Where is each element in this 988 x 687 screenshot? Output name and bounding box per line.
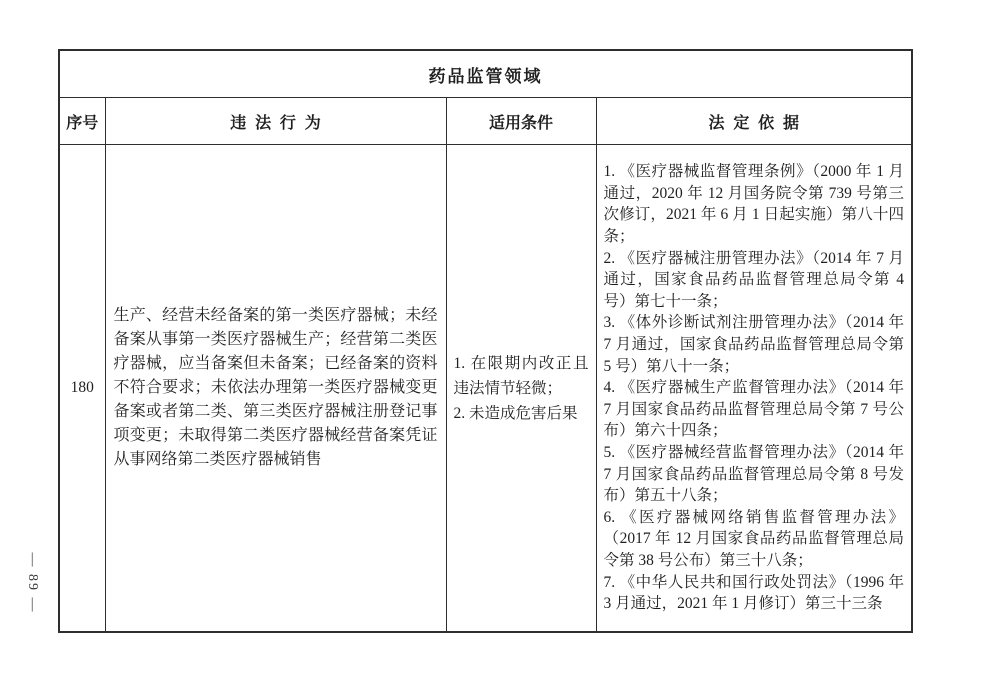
- legal-basis-cell: 1. 《医疗器械监督管理条例》（2000 年 1 月通过，2020 年 12 月…: [596, 145, 912, 633]
- text-line: 6. 《医疗器械网络销售监督管理办法》（2017 年 12 月国家食品药品监督管…: [604, 507, 905, 572]
- column-header-serial: 序号: [59, 98, 105, 145]
- regulation-table: 药品监管领域 序号 违法行为 适用条件 法定依据 180 生产、经营未经备案的第…: [58, 49, 913, 633]
- column-header-conditions: 适用条件: [446, 98, 596, 145]
- table-title: 药品监管领域: [59, 50, 912, 98]
- document-page: { "page": { "page_number": "— 89 —" }, "…: [0, 0, 988, 687]
- text-line: 5. 《医疗器械经营监督管理办法》（2014 年 7 月国家食品药品监督管理总局…: [604, 442, 905, 507]
- text-line: 2. 未造成危害后果: [454, 401, 589, 426]
- table-row: 180 生产、经营未经备案的第一类医疗器械；未经备案从事第一类医疗器械生产；经营…: [59, 145, 912, 633]
- text-line: 1. 在限期内改正且违法情节轻微；: [454, 351, 589, 401]
- text-line: 4. 《医疗器械生产监督管理办法》（2014 年 7 月国家食品药品监督管理总局…: [604, 377, 905, 442]
- column-header-violation: 违法行为: [105, 98, 446, 145]
- serial-number-cell: 180: [59, 145, 105, 633]
- violation-cell: 生产、经营未经备案的第一类医疗器械；未经备案从事第一类医疗器械生产；经营第二类医…: [105, 145, 446, 633]
- text-line: 3. 《体外诊断试剂注册管理办法》（2014 年 7 月通过，国家食品药品监督管…: [604, 312, 905, 377]
- text-line: 2. 《医疗器械注册管理办法》（2014 年 7 月通过，国家食品药品监督管理总…: [604, 248, 905, 313]
- column-header-legal-basis: 法定依据: [596, 98, 912, 145]
- text-line: 1. 《医疗器械监督管理条例》（2000 年 1 月通过，2020 年 12 月…: [604, 161, 905, 247]
- conditions-cell: 1. 在限期内改正且违法情节轻微；2. 未造成危害后果: [446, 145, 596, 633]
- page-number: — 89 —: [22, 540, 40, 626]
- table-title-row: 药品监管领域: [59, 50, 912, 98]
- text-line: 7. 《中华人民共和国行政处罚法》（1996 年 3 月通过，2021 年 1 …: [604, 572, 905, 615]
- column-header-row: 序号 违法行为 适用条件 法定依据: [59, 98, 912, 145]
